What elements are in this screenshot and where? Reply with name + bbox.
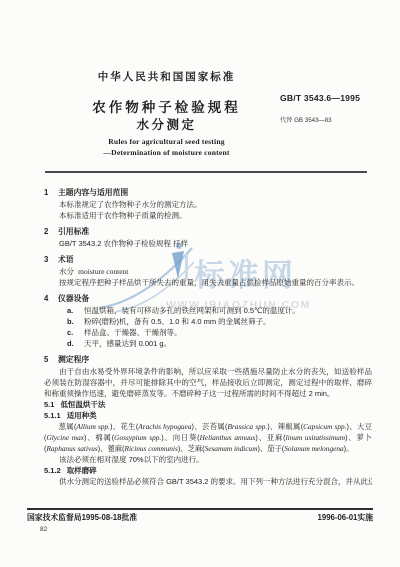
implementation-note: 1996-06-01实施 <box>318 512 373 523</box>
section-5-heading: 5测定程序 <box>44 354 372 365</box>
section-1-title: 主题内容与适用范围 <box>58 188 128 197</box>
species-separator: )、 <box>84 433 95 442</box>
species-separator: )、 <box>161 433 172 442</box>
equipment-item: c.样品盒、干燥器、干燥剂等。 <box>44 327 372 338</box>
species-name-latin: Arachis hypogaea <box>138 422 191 431</box>
clause-5-1-1-number: 5.1.1 <box>44 411 61 420</box>
sampling-grinding-paragraph: 供水分测定的送验样品必须符合 GB/T 3543.2 的要求。用下列一种方法进行… <box>44 476 372 487</box>
equipment-list: a.恒温烘箱，装有可移动多孔的铁丝网架和可测到 0.5℃的温度计。b.粉碎(磨粉… <box>44 305 372 349</box>
section-2-heading: 2引用标准 <box>44 226 372 237</box>
page-number: 82 <box>40 526 47 533</box>
equipment-item-text: 恒温烘箱，装有可移动多孔的铁丝网架和可测到 0.5℃的温度计。 <box>84 306 300 315</box>
section-4-title: 仪器设备 <box>58 294 89 303</box>
species-name-chinese: 棉属( <box>95 433 114 442</box>
species-name-chinese: 葱属( <box>59 422 77 431</box>
clause-5-1-2-number: 5.1.2 <box>44 466 61 475</box>
equipment-item-label: d. <box>67 338 84 349</box>
species-name-chinese: 芸苔属( <box>202 422 227 431</box>
document-title-english-line1: Rules for agricultural seed testing <box>0 137 333 146</box>
section-1-number: 1 <box>44 187 58 198</box>
species-separator: )、 <box>192 422 202 431</box>
species-name-chinese: 花生( <box>120 422 138 431</box>
clause-5-1-1-title: 适用种类 <box>67 411 97 420</box>
section-1-paragraph-1: 本标准规定了农作物种子水分的测定方法。 <box>44 199 372 210</box>
document-title-english-line2: —Determination of moisture content <box>0 148 333 157</box>
species-name-chinese: 蓖麻( <box>107 444 124 453</box>
species-separator: )、 <box>178 444 188 453</box>
national-standard-heading: 中华人民共和国国家标准 <box>0 69 333 84</box>
species-separator: )、 <box>255 433 266 442</box>
species-name-latin: linum usitatissimum <box>286 433 345 442</box>
document-title-line2: 水分测定 <box>0 115 333 133</box>
document-page: 标准网 WWW.IBIAOZHUN.COM 中华人民共和国国家标准 GB/T 3… <box>0 0 400 567</box>
section-1-paragraph-2: 本标准适用于农作物种子质量的检测。 <box>44 210 372 221</box>
section-1-heading: 1主题内容与适用范围 <box>44 187 372 198</box>
footer-rule <box>27 508 373 510</box>
species-name-latin: Gossypium spp. <box>114 433 161 442</box>
species-paragraph: 葱属(Allium spp.)、花生(Arachis hypogaea)、芸苔属… <box>44 421 372 454</box>
equipment-item: a.恒温烘箱，装有可移动多孔的铁丝网架和可测到 0.5℃的温度计。 <box>44 305 372 316</box>
document-title-line1: 农作物种子检验规程 <box>0 96 333 116</box>
species-separator: )、 <box>267 422 277 431</box>
section-4-heading: 4仪器设备 <box>44 293 372 304</box>
document-body: 1主题内容与适用范围 本标准规定了农作物种子水分的测定方法。 本标准适用于农作物… <box>44 185 372 515</box>
procedure-intro: 由于自由水易受外界环境条件的影响，所以应采取一些措施尽量防止水分的丧失，如送验样… <box>44 366 372 399</box>
species-name-chinese: 辣椒属( <box>278 422 303 431</box>
species-separator: )、 <box>98 444 108 453</box>
species-name-chinese: 亚麻( <box>267 433 286 442</box>
humidity-note: 该法必须在相对湿度 70%以下的室内进行。 <box>44 454 372 465</box>
equipment-item-label: c. <box>67 327 84 338</box>
section-5-title: 测定程序 <box>58 355 89 364</box>
species-name-latin: Glycine max <box>46 433 84 442</box>
equipment-item-label: a. <box>67 305 84 316</box>
species-separator: )、 <box>110 422 120 431</box>
approval-note: 国家技术监督局1995-08-18批准 <box>27 512 137 523</box>
species-name-latin: Allium spp. <box>76 422 110 431</box>
term-definition: 按规定程序把种子样品烘干所失去的重量，用失去重量占供检样品原始重量的百分率表示。 <box>44 277 372 288</box>
clause-5-1-number: 5.1 <box>44 400 54 409</box>
section-3-heading: 3术语 <box>44 254 372 265</box>
header-rule <box>45 171 367 173</box>
referenced-standard: GB/T 3543.2 农作物种子检验规程 扦样 <box>44 238 372 249</box>
clause-5-1-2-title: 取样磨碎 <box>67 466 97 475</box>
species-separator: )、 <box>347 422 357 431</box>
species-name-latin: Helianthus annuus <box>200 433 256 442</box>
equipment-item: d.天平，感量达到 0.001 g。 <box>44 338 372 349</box>
section-2-number: 2 <box>44 226 58 237</box>
species-name-latin: Raphanus sativus <box>46 444 97 453</box>
footer: 国家技术监督局1995-08-18批准 1996-06-01实施 <box>27 512 373 523</box>
equipment-item-text: 天平，感量达到 0.001 g。 <box>84 339 171 348</box>
species-name-latin: Capsicum spp. <box>303 422 346 431</box>
equipment-item-label: b. <box>67 316 84 327</box>
clause-5-1-1-heading: 5.1.1适用种类 <box>44 410 372 421</box>
species-name-latin: Ricinus communis <box>125 444 178 453</box>
section-2-title: 引用标准 <box>58 227 89 236</box>
section-3-title: 术语 <box>58 255 74 264</box>
section-4-number: 4 <box>44 293 58 304</box>
term-line: 水分 moisture content <box>44 266 372 277</box>
species-separator: )、 <box>257 444 267 453</box>
section-5-number: 5 <box>44 354 58 365</box>
species-name-chinese: 茄子( <box>267 444 284 453</box>
species-separator: )。 <box>344 444 354 453</box>
species-name-latin: Brassica spp. <box>228 422 268 431</box>
clause-5-1-title: 低恒温烘干法 <box>60 400 105 409</box>
clause-5-1-2-heading: 5.1.2取样磨碎 <box>44 465 372 476</box>
species-name-latin: Sesamum indicum <box>205 444 258 453</box>
section-3-number: 3 <box>44 254 58 265</box>
term-english: moisture content <box>78 267 128 276</box>
equipment-item-text: 粉碎(磨粉)机，备有 0.5、1.0 和 4.0 mm 的金属丝筛子。 <box>84 317 271 326</box>
species-name-latin: Solanum melongena <box>284 444 343 453</box>
species-name-chinese: 芝麻( <box>188 444 205 453</box>
term-chinese: 水分 <box>59 267 74 276</box>
species-name-chinese: 向日葵( <box>173 433 200 442</box>
clause-5-1-heading: 5.1低恒温烘干法 <box>44 399 372 410</box>
equipment-item: b.粉碎(磨粉)机，备有 0.5、1.0 和 4.0 mm 的金属丝筛子。 <box>44 316 372 327</box>
equipment-item-text: 样品盒、干燥器、干燥剂等。 <box>84 328 182 337</box>
species-separator: )、 <box>345 433 356 442</box>
